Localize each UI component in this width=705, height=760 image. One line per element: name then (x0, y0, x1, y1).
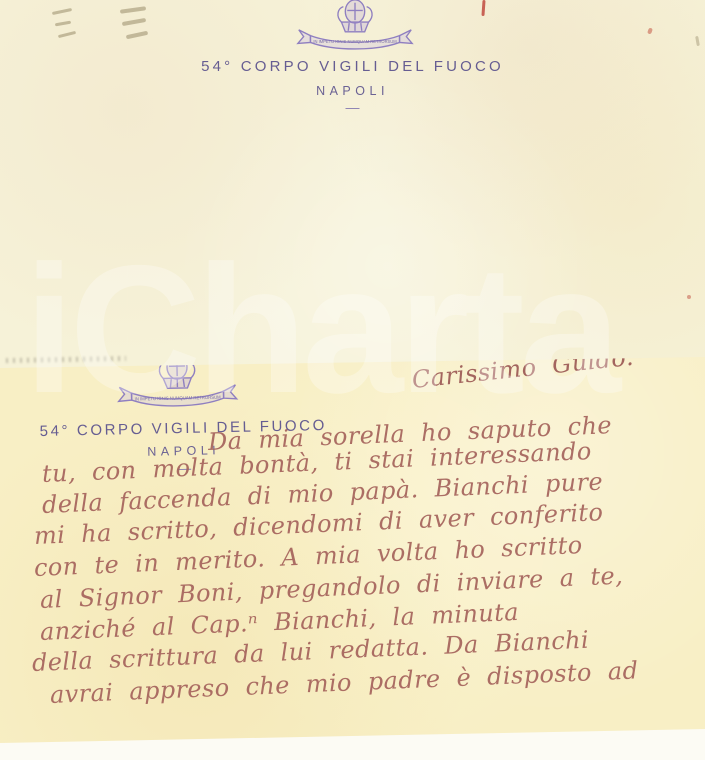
scanned-letters-canvas: IN IMPETU IGNIS NUMQUAM RETRORSUM 54° CO… (0, 0, 705, 760)
pencil-scribble (120, 6, 146, 14)
pencil-scribble (55, 21, 71, 27)
stray-mark (695, 36, 700, 46)
red-ink-mark (687, 295, 691, 299)
crest-motto: IN IMPETU IGNIS NUMQUAM RETRORSUM (313, 39, 397, 44)
fire-brigade-crest-icon: IN IMPETU IGNIS NUMQUAM RETRORSUM (293, 0, 417, 54)
red-ink-mark (481, 0, 485, 16)
letter-sheet: IN IMPETU IGNIS NUMQUAM RETRORSUM 54° CO… (0, 340, 705, 746)
letterhead-divider: — (0, 99, 705, 115)
pencil-scribble (52, 8, 72, 15)
envelope-sheet: IN IMPETU IGNIS NUMQUAM RETRORSUM 54° CO… (0, 0, 705, 370)
pencil-scribble (58, 31, 76, 38)
pencil-scribble (122, 18, 146, 26)
letterhead-city-line: NAPOLI (0, 84, 705, 98)
red-ink-mark (647, 27, 653, 34)
pencil-scribble (126, 31, 148, 39)
letterhead-unit-line: 54° CORPO VIGILI DEL FUOCO (0, 58, 705, 75)
